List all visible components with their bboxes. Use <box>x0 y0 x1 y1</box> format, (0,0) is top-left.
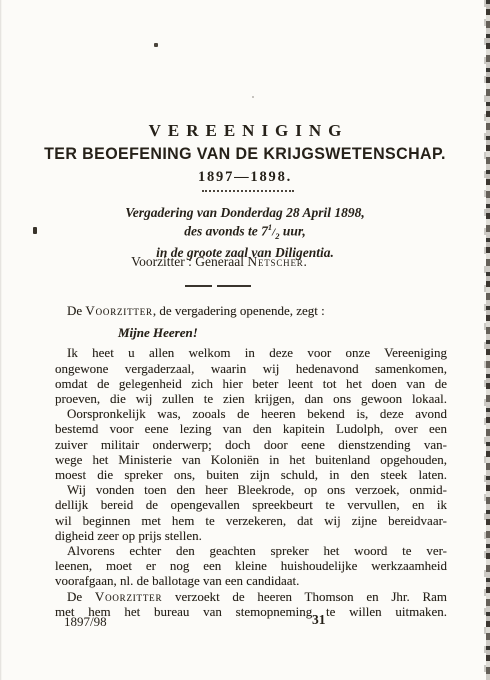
speaker-smallcaps: Voorzitter <box>85 303 152 318</box>
meeting-time-suffix: uur, <box>279 224 305 239</box>
ink-speck <box>154 43 158 47</box>
body-line: digheid zeer op prijs stellen. <box>55 528 447 543</box>
society-title: VEREENIGING <box>0 121 490 141</box>
line-post: verzoekt de heeren Thomson en Jhr. Ram <box>162 589 447 604</box>
meeting-date-line: Vergadering van Donderdag 28 April 1898, <box>0 205 490 220</box>
body-line: voorafgaan, nl. de ballotage van een can… <box>55 573 447 588</box>
meeting-time-text: des avonds te 7 <box>184 224 268 239</box>
body-line: met hem het bureau van stemopneming te w… <box>55 604 447 619</box>
salutation: Mijne Heeren! <box>118 325 447 340</box>
opening-post: , de vergadering openende, zegt : <box>153 303 325 318</box>
body-line: wege het Ministerie van Koloniën in het … <box>55 452 447 467</box>
session-years: 1897—1898. <box>0 169 490 186</box>
body-line: Alvorens echter den geachten spreker het… <box>55 543 447 558</box>
body-line: Ik heet u allen welkom in deze voor onze… <box>55 345 447 360</box>
body-line: Wij vonden toen den heer Bleekrode, op o… <box>55 482 447 497</box>
dotted-rule <box>202 186 294 192</box>
opening-pre: De <box>67 303 85 318</box>
body-line: bestemd voor eene lezing van den kapitei… <box>55 421 447 436</box>
meeting-time-line: des avonds te 71/2 uur, <box>0 220 490 244</box>
body-line: proeven, die wij zullen te zien krijgen,… <box>55 391 447 406</box>
footer-volume: 1897/98 <box>64 614 107 630</box>
speaker-smallcaps: Voorzitter <box>95 589 162 604</box>
body-line: moest die spreker ons, buiten zijn schul… <box>55 467 447 482</box>
chairman-suffix: . <box>304 254 307 269</box>
chairman-label: Voorzitter : Generaal <box>131 254 247 269</box>
body-line: dellijk bereid de opengevallen spreekbeu… <box>55 497 447 512</box>
opening-line: De Voorzitter, de vergadering openende, … <box>55 303 447 318</box>
body-line: omdat de gelegenheid zich hier beter lee… <box>55 376 447 391</box>
chairman-line: Voorzitter : Generaal Netscher. <box>0 254 464 270</box>
line-pre: De <box>67 589 95 604</box>
body-line: wil beginnen met hem te verzekeren, dat … <box>55 513 447 528</box>
body-line: ongewone vergaderzaal, waarin wij hedena… <box>55 361 447 376</box>
scan-edge-artifact-right <box>486 0 490 680</box>
body-line: leenen, moet er nog een kleine huishoude… <box>55 558 447 573</box>
minutes-body: De Voorzitter, de vergadering openende, … <box>55 303 447 619</box>
society-subtitle: TER BEOEFENING VAN DE KRIJGSWETENSCHAP. <box>0 145 490 164</box>
meeting-notice: Vergadering van Donderdag 28 April 1898,… <box>0 205 490 260</box>
section-divider <box>185 285 251 287</box>
body-line: zuiver militair onderwerp; doch door een… <box>55 437 447 452</box>
chairman-name: Netscher <box>247 254 303 269</box>
ink-speck <box>252 96 254 98</box>
footer-page-number: 31 <box>312 612 326 628</box>
scanned-page: VEREENIGING TER BEOEFENING VAN DE KRIJGS… <box>0 0 490 680</box>
body-line: De Voorzitter verzoekt de heeren Thomson… <box>55 589 447 604</box>
scan-edge-shadow-left <box>0 0 2 680</box>
body-line: Oorspronkelijk was, zooals de heeren bek… <box>55 406 447 421</box>
